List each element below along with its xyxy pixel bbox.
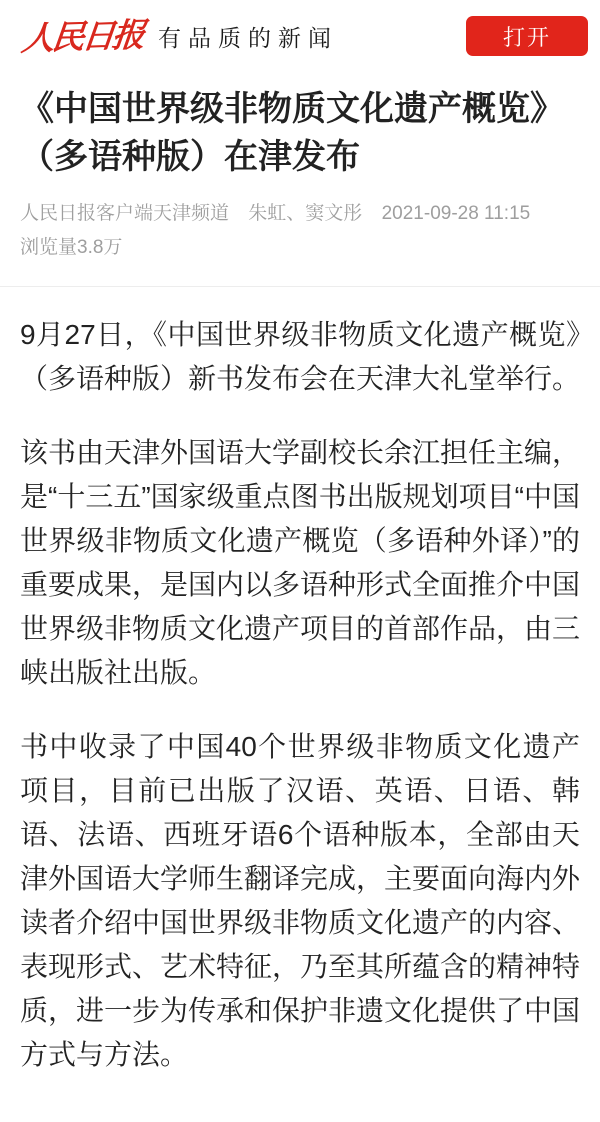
header-tagline: 有品质的新闻	[158, 20, 338, 53]
open-app-button[interactable]: 打开	[466, 16, 588, 56]
article-datetime: 2021-09-28 11:15	[382, 203, 531, 224]
section-divider	[0, 286, 600, 287]
article-title: 《中国世界级非物质文化遗产概览》（多语种版）在津发布	[20, 85, 580, 181]
article-authors: 朱虹、窦文彤	[248, 203, 362, 224]
view-count: 浏览量3.8万	[20, 233, 580, 263]
article-body: 9月27日，《中国世界级非物质文化遗产概览》（多语种版）新书发布会在天津大礼堂举…	[0, 313, 600, 1077]
article-paragraph: 9月27日，《中国世界级非物质文化遗产概览》（多语种版）新书发布会在天津大礼堂举…	[20, 313, 580, 401]
article-paragraph: 该书由天津外国语大学副校长余江担任主编，是“十三五”国家级重点图书出版规划项目“…	[20, 431, 580, 695]
article-paragraph: 书中收录了中国40个世界级非物质文化遗产项目，目前已出版了汉语、英语、日语、韩语…	[20, 725, 580, 1077]
peoples-daily-logo[interactable]: 人民日报	[20, 17, 144, 54]
article-source: 人民日报客户端天津频道	[20, 203, 229, 224]
article-meta: 人民日报客户端天津频道 朱虹、窦文彤 2021-09-28 11:15	[20, 199, 580, 229]
app-banner: 人民日报 有品质的新闻 打开	[0, 0, 600, 72]
article-header: 《中国世界级非物质文化遗产概览》（多语种版）在津发布 人民日报客户端天津频道 朱…	[0, 85, 600, 263]
